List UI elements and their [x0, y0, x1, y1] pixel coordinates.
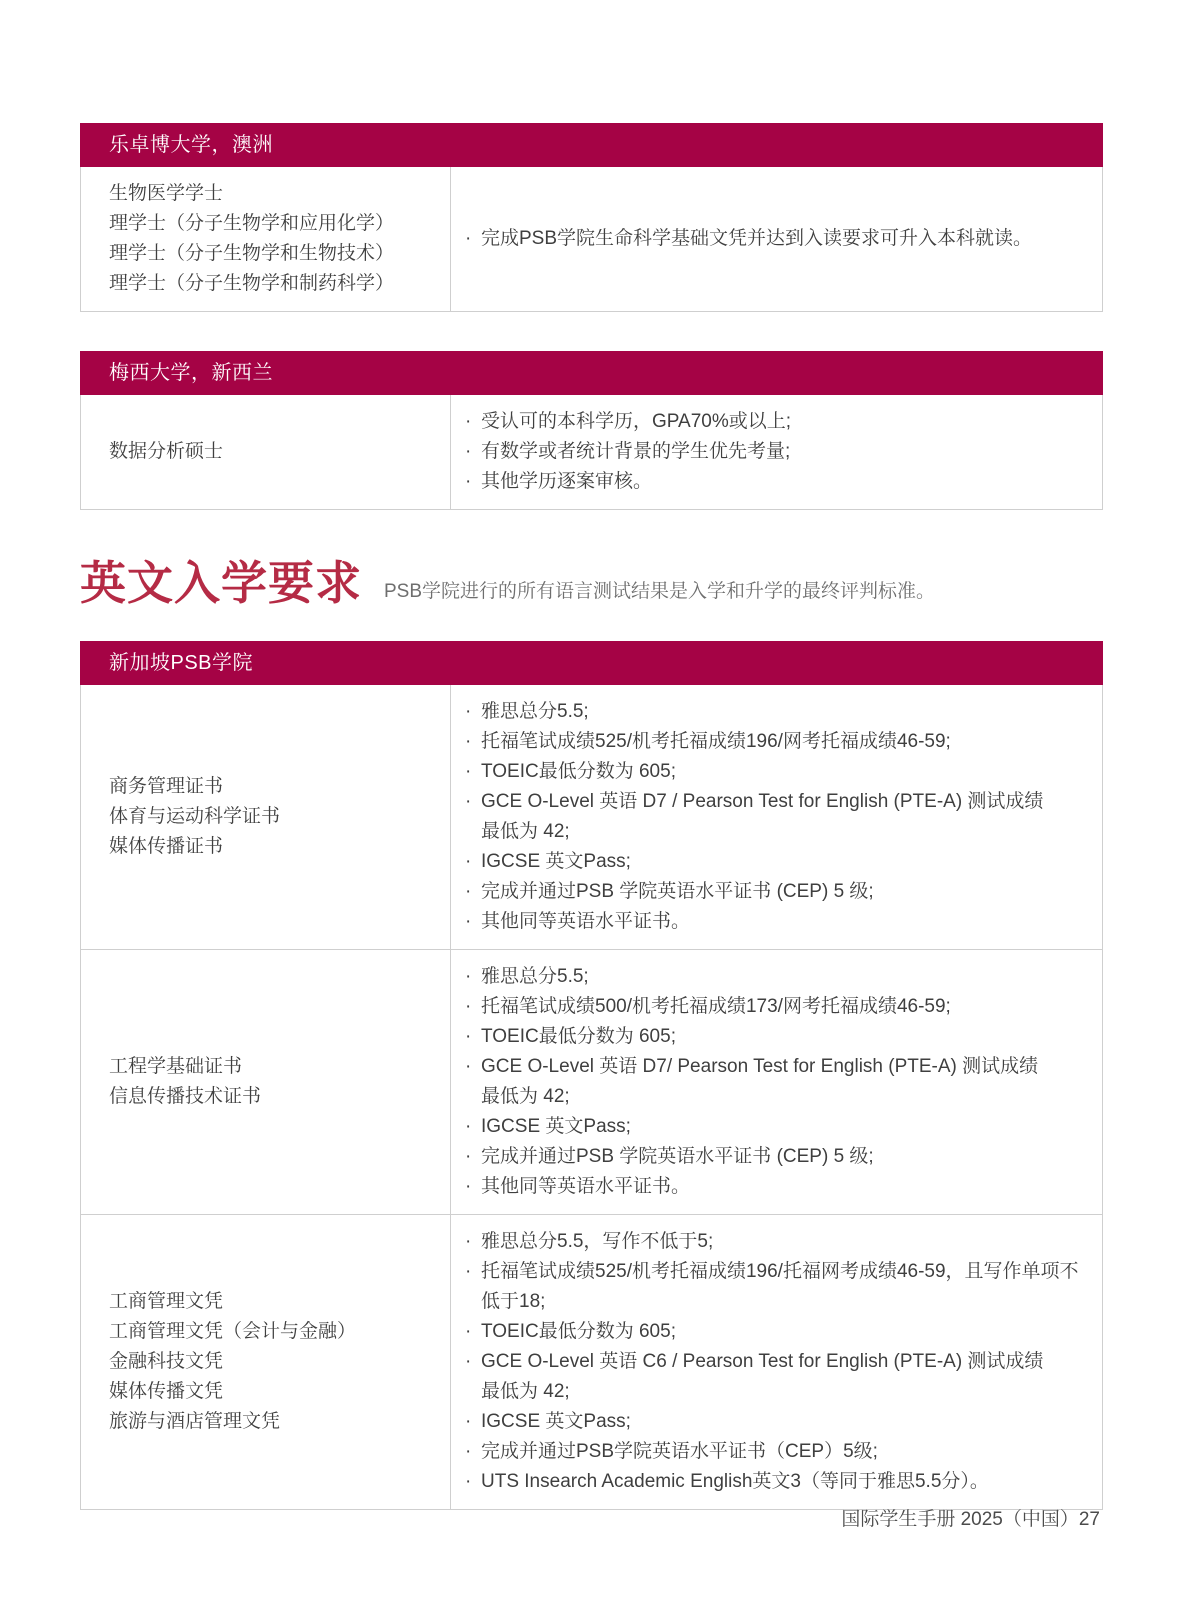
program-name: 体育与运动科学证书: [109, 802, 432, 832]
bullet-dot: ·: [465, 1172, 481, 1202]
bullet-dot: ·: [465, 1142, 481, 1172]
bullet-dot: ·: [465, 1407, 481, 1437]
requirement-item: · IGCSE 英文Pass;: [465, 1112, 1092, 1142]
requirement-item: · 其他同等英语水平证书。: [465, 907, 1092, 937]
requirement-continuation: 最低为 42;: [465, 1377, 1092, 1407]
requirement-text: 雅思总分5.5，写作不低于5;: [481, 1227, 713, 1257]
requirement-text: 其他同等英语水平证书。: [481, 1172, 690, 1202]
bullet-dot: ·: [465, 1347, 481, 1377]
requirement-text: 完成PSB学院生命科学基础文凭并达到入读要求可升入本科就读。: [481, 224, 1032, 254]
bullet-dot: ·: [465, 992, 481, 1022]
requirement-text: 受认可的本科学历，GPA70%或以上;: [481, 407, 791, 437]
requirement-text: 托福笔试成绩525/机考托福成绩196/托福网考成绩46-59，且写作单项不低于…: [481, 1257, 1092, 1317]
programs-cell: 工商管理文凭 工商管理文凭（会计与金融） 金融科技文凭 媒体传播文凭 旅游与酒店…: [81, 1215, 451, 1509]
table-row: 商务管理证书 体育与运动科学证书 媒体传播证书 · 雅思总分5.5; · 托福笔…: [81, 685, 1102, 949]
requirement-item: · 完成PSB学院生命科学基础文凭并达到入读要求可升入本科就读。: [465, 224, 1092, 254]
requirement-item: · 雅思总分5.5;: [465, 962, 1092, 992]
requirements-cell: · 雅思总分5.5; · 托福笔试成绩500/机考托福成绩173/网考托福成绩4…: [451, 950, 1102, 1214]
program-name: 旅游与酒店管理文凭: [109, 1407, 432, 1437]
bullet-dot: ·: [465, 697, 481, 727]
program-name: 理学士（分子生物学和制药科学）: [109, 269, 432, 299]
program-name: 信息传播技术证书: [109, 1082, 432, 1112]
table-row: 工商管理文凭 工商管理文凭（会计与金融） 金融科技文凭 媒体传播文凭 旅游与酒店…: [81, 1214, 1102, 1509]
requirements-cell: · 雅思总分5.5，写作不低于5; · 托福笔试成绩525/机考托福成绩196/…: [451, 1215, 1102, 1509]
table-body: 数据分析硕士 · 受认可的本科学历，GPA70%或以上; · 有数学或者统计背景…: [80, 395, 1103, 510]
page-footer: 国际学生手册 2025（中国）27: [841, 1504, 1100, 1531]
bullet-dot: ·: [465, 907, 481, 937]
requirement-item: · 雅思总分5.5，写作不低于5;: [465, 1227, 1092, 1257]
table-row: 数据分析硕士 · 受认可的本科学历，GPA70%或以上; · 有数学或者统计背景…: [81, 395, 1102, 509]
bullet-dot: ·: [465, 1112, 481, 1142]
bullet-dot: ·: [465, 877, 481, 907]
requirement-item: · TOEIC最低分数为 605;: [465, 757, 1092, 787]
requirement-text: IGCSE 英文Pass;: [481, 847, 631, 877]
bullet-dot: ·: [465, 757, 481, 787]
requirements-cell: · 完成PSB学院生命科学基础文凭并达到入读要求可升入本科就读。: [451, 167, 1102, 311]
requirement-item: · 雅思总分5.5;: [465, 697, 1092, 727]
program-name: 工商管理文凭: [109, 1287, 432, 1317]
requirements-cell: · 雅思总分5.5; · 托福笔试成绩525/机考托福成绩196/网考托福成绩4…: [451, 685, 1102, 949]
program-name: 生物医学学士: [109, 179, 432, 209]
table-body: 商务管理证书 体育与运动科学证书 媒体传播证书 · 雅思总分5.5; · 托福笔…: [80, 685, 1103, 1510]
bullet-dot: ·: [465, 407, 481, 437]
page-content: 乐卓博大学，澳洲 生物医学学士 理学士（分子生物学和应用化学） 理学士（分子生物…: [80, 123, 1103, 1510]
requirement-text: UTS Insearch Academic English英文3（等同于雅思5.…: [481, 1467, 989, 1497]
requirement-item: · 其他同等英语水平证书。: [465, 1172, 1092, 1202]
bullet-dot: ·: [465, 1052, 481, 1082]
requirement-text: 最低为 42;: [481, 1377, 570, 1407]
section-heading: 英文入学要求 PSB学院进行的所有语言测试结果是入学和升学的最终评判标准。: [80, 557, 1103, 610]
program-name: 媒体传播文凭: [109, 1377, 432, 1407]
requirement-item: · 完成并通过PSB 学院英语水平证书 (CEP) 5 级;: [465, 877, 1092, 907]
requirement-item: · 其他学历逐案审核。: [465, 467, 1092, 497]
requirement-text: 完成并通过PSB 学院英语水平证书 (CEP) 5 级;: [481, 877, 874, 907]
program-name: 商务管理证书: [109, 772, 432, 802]
requirement-continuation: 最低为 42;: [465, 1082, 1092, 1112]
requirement-text: GCE O-Level 英语 C6 / Pearson Test for Eng…: [481, 1347, 1043, 1377]
bullet-dot: ·: [465, 847, 481, 877]
bullet-dot: ·: [465, 1467, 481, 1497]
requirement-text: 完成并通过PSB学院英语水平证书（CEP）5级;: [481, 1437, 878, 1467]
requirement-text: 雅思总分5.5;: [481, 962, 589, 992]
bullet-dot: ·: [465, 1227, 481, 1257]
requirement-item: · UTS Insearch Academic English英文3（等同于雅思…: [465, 1467, 1092, 1497]
requirement-text: GCE O-Level 英语 D7/ Pearson Test for Engl…: [481, 1052, 1038, 1082]
bullet-dot: ·: [465, 224, 481, 254]
section-title: 英文入学要求: [80, 557, 362, 610]
requirement-item: · 完成并通过PSB 学院英语水平证书 (CEP) 5 级;: [465, 1142, 1092, 1172]
requirement-item: · IGCSE 英文Pass;: [465, 1407, 1092, 1437]
table-latrobe-university: 乐卓博大学，澳洲 生物医学学士 理学士（分子生物学和应用化学） 理学士（分子生物…: [80, 123, 1103, 312]
program-name: 金融科技文凭: [109, 1347, 432, 1377]
requirement-text: TOEIC最低分数为 605;: [481, 1317, 676, 1347]
program-name: 数据分析硕士: [109, 437, 432, 467]
requirement-item: · TOEIC最低分数为 605;: [465, 1022, 1092, 1052]
bullet-dot: ·: [465, 1257, 481, 1317]
requirement-item: · 完成并通过PSB学院英语水平证书（CEP）5级;: [465, 1437, 1092, 1467]
table-header-massey: 梅西大学，新西兰: [80, 351, 1103, 395]
table-massey-university: 梅西大学，新西兰 数据分析硕士 · 受认可的本科学历，GPA70%或以上; · …: [80, 351, 1103, 510]
handbook-page: 乐卓博大学，澳洲 生物医学学士 理学士（分子生物学和应用化学） 理学士（分子生物…: [0, 0, 1178, 1600]
table-header-latrobe: 乐卓博大学，澳洲: [80, 123, 1103, 167]
requirement-text: 有数学或者统计背景的学生优先考量;: [481, 437, 790, 467]
requirement-item: · 受认可的本科学历，GPA70%或以上;: [465, 407, 1092, 437]
bullet-dot: ·: [465, 437, 481, 467]
bullet-dot: ·: [465, 467, 481, 497]
requirement-item: · GCE O-Level 英语 C6 / Pearson Test for E…: [465, 1347, 1092, 1377]
program-name: 媒体传播证书: [109, 832, 432, 862]
programs-cell: 生物医学学士 理学士（分子生物学和应用化学） 理学士（分子生物学和生物技术） 理…: [81, 167, 451, 311]
requirement-item: · 托福笔试成绩500/机考托福成绩173/网考托福成绩46-59;: [465, 992, 1092, 1022]
requirement-text: 最低为 42;: [481, 817, 570, 847]
bullet-dot: ·: [465, 962, 481, 992]
requirement-item: · 托福笔试成绩525/机考托福成绩196/网考托福成绩46-59;: [465, 727, 1092, 757]
table-psb-academy: 新加坡PSB学院 商务管理证书 体育与运动科学证书 媒体传播证书 · 雅思总分5…: [80, 641, 1103, 1510]
bullet-dot: ·: [465, 1437, 481, 1467]
programs-cell: 数据分析硕士: [81, 395, 451, 509]
section-subtitle: PSB学院进行的所有语言测试结果是入学和升学的最终评判标准。: [384, 576, 935, 610]
requirement-item: · GCE O-Level 英语 D7/ Pearson Test for En…: [465, 1052, 1092, 1082]
bullet-dot: ·: [465, 787, 481, 817]
requirement-text: 完成并通过PSB 学院英语水平证书 (CEP) 5 级;: [481, 1142, 874, 1172]
bullet-dot: ·: [465, 1022, 481, 1052]
requirement-text: 托福笔试成绩525/机考托福成绩196/网考托福成绩46-59;: [481, 727, 951, 757]
requirements-cell: · 受认可的本科学历，GPA70%或以上; · 有数学或者统计背景的学生优先考量…: [451, 395, 1102, 509]
requirement-item: · 托福笔试成绩525/机考托福成绩196/托福网考成绩46-59，且写作单项不…: [465, 1257, 1092, 1317]
table-header-psb: 新加坡PSB学院: [80, 641, 1103, 685]
programs-cell: 商务管理证书 体育与运动科学证书 媒体传播证书: [81, 685, 451, 949]
program-name: 理学士（分子生物学和应用化学）: [109, 209, 432, 239]
requirement-item: · TOEIC最低分数为 605;: [465, 1317, 1092, 1347]
requirement-text: TOEIC最低分数为 605;: [481, 1022, 676, 1052]
requirement-text: 其他同等英语水平证书。: [481, 907, 690, 937]
requirement-continuation: 最低为 42;: [465, 817, 1092, 847]
requirement-text: 托福笔试成绩500/机考托福成绩173/网考托福成绩46-59;: [481, 992, 951, 1022]
bullet-dot: ·: [465, 727, 481, 757]
table-row: 工程学基础证书 信息传播技术证书 · 雅思总分5.5; · 托福笔试成绩500/…: [81, 949, 1102, 1214]
requirement-item: · 有数学或者统计背景的学生优先考量;: [465, 437, 1092, 467]
requirement-text: IGCSE 英文Pass;: [481, 1407, 631, 1437]
requirement-item: · IGCSE 英文Pass;: [465, 847, 1092, 877]
requirement-item: · GCE O-Level 英语 D7 / Pearson Test for E…: [465, 787, 1092, 817]
table-row: 生物医学学士 理学士（分子生物学和应用化学） 理学士（分子生物学和生物技术） 理…: [81, 167, 1102, 311]
requirement-text: 最低为 42;: [481, 1082, 570, 1112]
requirement-text: IGCSE 英文Pass;: [481, 1112, 631, 1142]
requirement-text: 雅思总分5.5;: [481, 697, 589, 727]
program-name: 理学士（分子生物学和生物技术）: [109, 239, 432, 269]
program-name: 工程学基础证书: [109, 1052, 432, 1082]
table-body: 生物医学学士 理学士（分子生物学和应用化学） 理学士（分子生物学和生物技术） 理…: [80, 167, 1103, 312]
programs-cell: 工程学基础证书 信息传播技术证书: [81, 950, 451, 1214]
requirement-text: TOEIC最低分数为 605;: [481, 757, 676, 787]
bullet-dot: ·: [465, 1317, 481, 1347]
requirement-text: GCE O-Level 英语 D7 / Pearson Test for Eng…: [481, 787, 1043, 817]
program-name: 工商管理文凭（会计与金融）: [109, 1317, 432, 1347]
requirement-text: 其他学历逐案审核。: [481, 467, 652, 497]
